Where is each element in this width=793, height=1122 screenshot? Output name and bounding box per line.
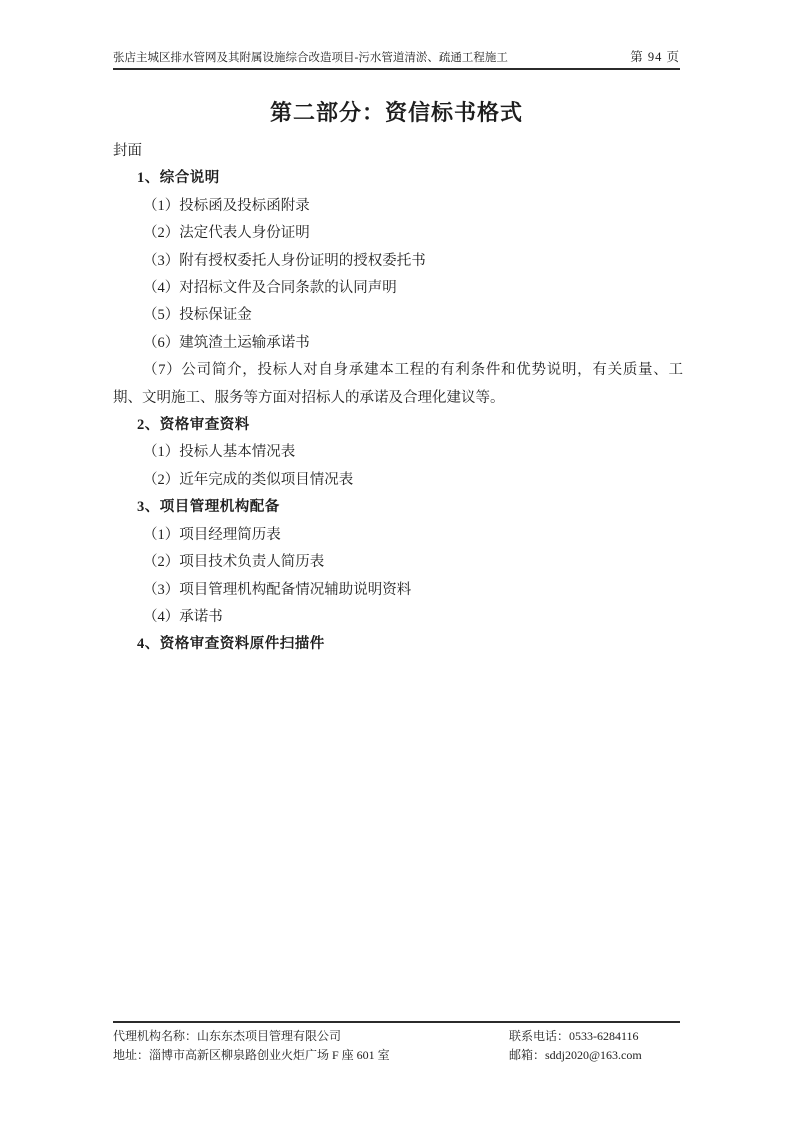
header-page-number: 第 94 页	[630, 47, 680, 65]
list-item: （4）对招标文件及合同条款的认同声明	[143, 275, 683, 302]
list-item: （6）建筑渣土运输承诺书	[143, 330, 683, 357]
footer-row-2: 地址：淄博市高新区柳泉路创业火炬广场 F 座 601 室 邮箱：sddj2020…	[113, 1046, 680, 1065]
section-heading-3: 3、项目管理机构配备	[137, 494, 683, 521]
list-item: （4）承诺书	[143, 604, 683, 631]
header-project-title: 张店主城区排水管网及其附属设施综合改造项目-污水管道清淤、疏通工程施工	[113, 49, 508, 65]
list-item: （1）项目经理简历表	[143, 522, 683, 549]
page-header: 张店主城区排水管网及其附属设施综合改造项目-污水管道清淤、疏通工程施工 第 94…	[113, 47, 680, 70]
list-item-paragraph: （7）公司简介，投标人对自身承建本工程的有利条件和优势说明，有关质量、工期、文明…	[113, 357, 683, 412]
footer-email: 邮箱：sddj2020@163.com	[509, 1046, 642, 1065]
list-item: （2）法定代表人身份证明	[143, 220, 683, 247]
footer-agency-name: 代理机构名称：山东东杰项目管理有限公司	[113, 1029, 341, 1043]
list-item: （3）项目管理机构配备情况辅助说明资料	[143, 577, 683, 604]
page-footer: 代理机构名称：山东东杰项目管理有限公司 联系电话：0533-6284116 地址…	[113, 1021, 680, 1064]
document-page: 张店主城区排水管网及其附属设施综合改造项目-污水管道清淤、疏通工程施工 第 94…	[0, 0, 793, 1122]
footer-address: 地址：淄博市高新区柳泉路创业火炬广场 F 座 601 室	[113, 1048, 390, 1062]
list-item: （1）投标人基本情况表	[143, 439, 683, 466]
section-heading-1: 1、综合说明	[137, 165, 683, 192]
footer-phone: 联系电话：0533-6284116	[509, 1027, 639, 1046]
cover-label: 封面	[113, 138, 683, 165]
section-heading-4: 4、资格审查资料原件扫描件	[137, 631, 683, 658]
section-heading-2: 2、资格审查资料	[137, 412, 683, 439]
list-item: （2）近年完成的类似项目情况表	[143, 467, 683, 494]
document-body: 封面 1、综合说明 （1）投标函及投标函附录 （2）法定代表人身份证明 （3）附…	[113, 138, 683, 659]
list-item: （1）投标函及投标函附录	[143, 193, 683, 220]
list-item: （3）附有授权委托人身份证明的授权委托书	[143, 248, 683, 275]
footer-row-1: 代理机构名称：山东东杰项目管理有限公司 联系电话：0533-6284116	[113, 1027, 680, 1046]
list-item: （2）项目技术负责人简历表	[143, 549, 683, 576]
document-title: 第二部分：资信标书格式	[0, 96, 793, 127]
list-item: （5）投标保证金	[143, 302, 683, 329]
